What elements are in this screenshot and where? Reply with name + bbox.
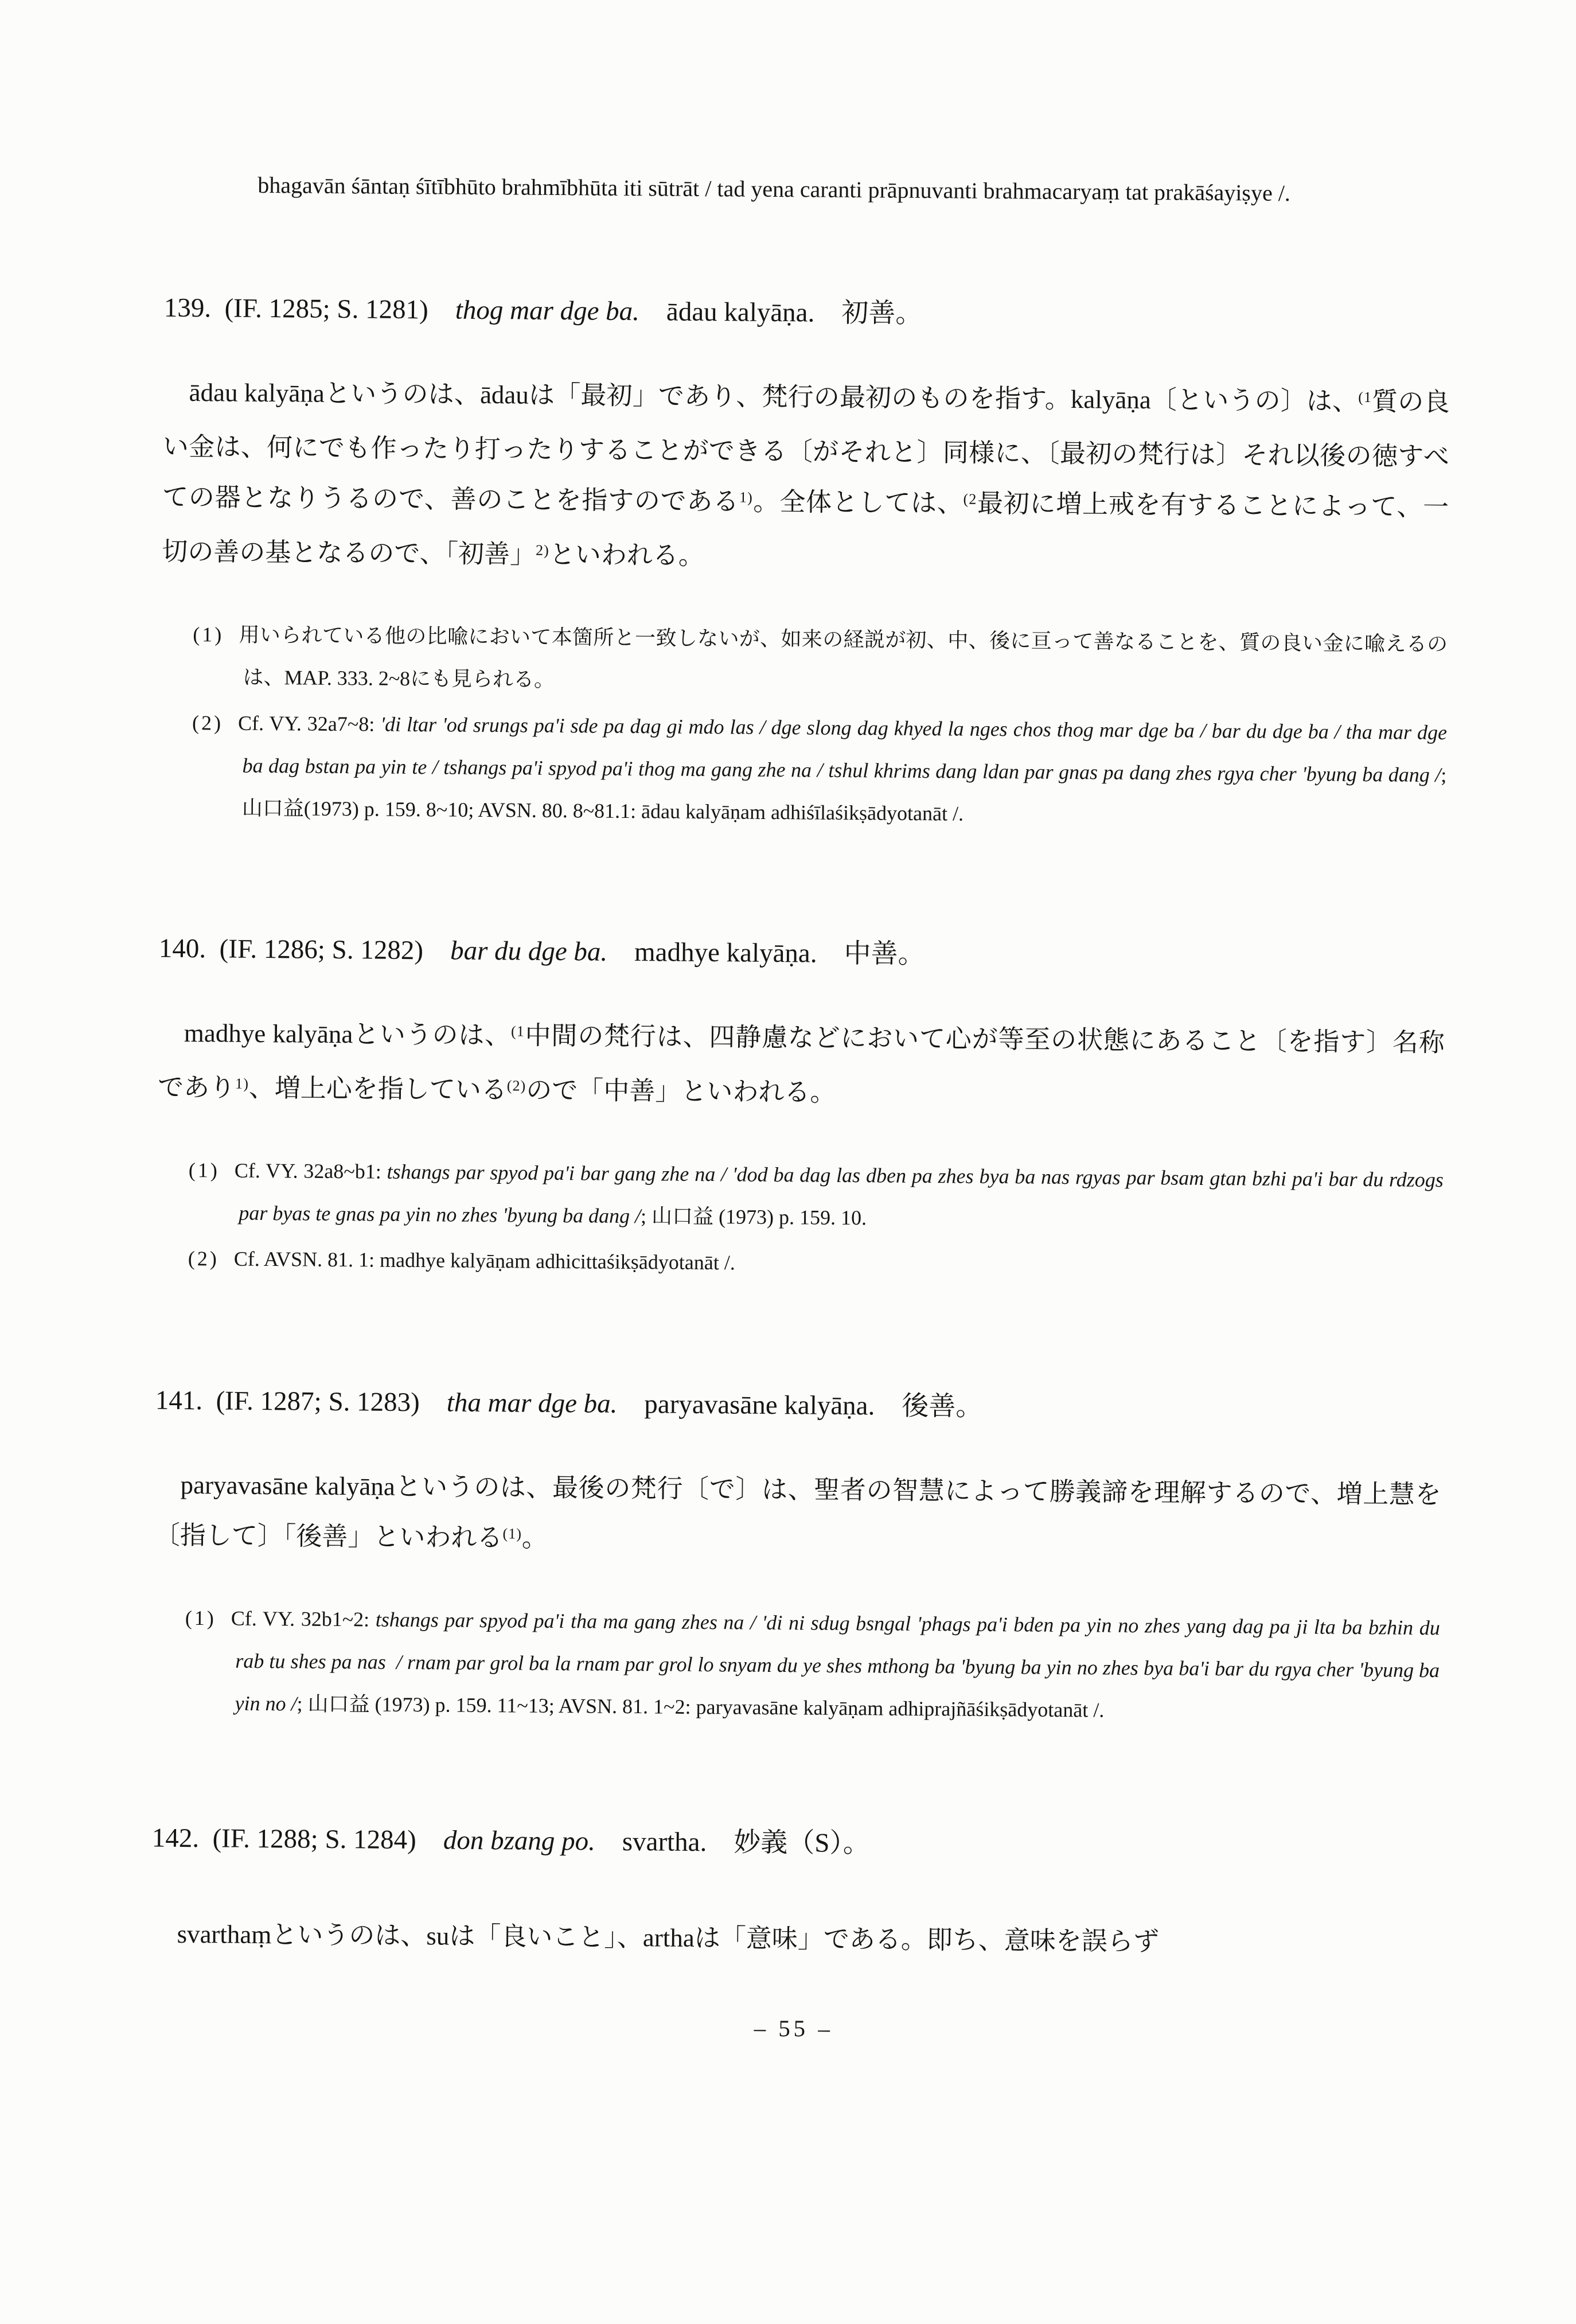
entry-body: paryavasāne kalyāṇaというのは、最後の梵行〔で〕は、聖者の智慧… [154, 1460, 1441, 1575]
entry-body: madhye kalyāṇaというのは、(1中間の梵行は、四静慮などにおいて心が… [158, 1008, 1445, 1127]
footnote: (1)Cf. VY. 32a8~b1: tshangs par spyod pa… [188, 1149, 1444, 1243]
entry-140: 140. (IF. 1286; S. 1282) bar du dge ba. … [156, 931, 1445, 1290]
footnote: (1)Cf. VY. 32b1~2: tshangs par spyod pa'… [184, 1597, 1440, 1734]
footnote-text: Cf. VY. 32b1~2: tshangs par spyod pa'i t… [231, 1607, 1440, 1722]
footnote-text: Cf. AVSN. 81. 1: madhye kalyāṇam adhicit… [234, 1247, 735, 1274]
entry-body: svarthaṃというのは、suは「良いこと」、arthaは「意味」である。即ち… [151, 1909, 1438, 1970]
footnote-label: (1) [189, 1159, 220, 1182]
entry-notes: (1)Cf. VY. 32a8~b1: tshangs par spyod pa… [156, 1149, 1444, 1290]
entry-notes: (1)Cf. VY. 32b1~2: tshangs par spyod pa'… [153, 1597, 1440, 1734]
footnote-text: 用いられている他の比喩において本箇所と一致しないが、如来の経説が初、中、後に亘っ… [239, 623, 1448, 691]
footnote: (2)Cf. AVSN. 81. 1: madhye kalyāṇam adhi… [188, 1237, 1443, 1289]
footnote-label: (2) [192, 711, 223, 734]
entry-notes: (1)用いられている他の比喩において本箇所と一致しないが、如来の経説が初、中、後… [160, 613, 1448, 839]
footnote: (1)用いられている他の比喩において本箇所と一致しないが、如来の経説が初、中、後… [192, 613, 1448, 708]
footnote-label: (1) [193, 623, 224, 646]
page-number: – 55 – [150, 2010, 1437, 2048]
scanned-document-page: bhagavān śāntaṇ śītībhūto brahmībhūta it… [0, 0, 1576, 2324]
entry-139: 139. (IF. 1285; S. 1281) thog mar dge ba… [160, 290, 1450, 839]
entry-heading: 139. (IF. 1285; S. 1281) thog mar dge ba… [164, 290, 1450, 336]
entry-heading: 142. (IF. 1288; S. 1284) don bzang po. s… [152, 1820, 1438, 1866]
entry-body: ādau kalyāṇaというのは、ādauは「最初」であり、梵行の最初のものを… [162, 367, 1450, 591]
entry-heading: 140. (IF. 1286; S. 1282) bar du dge ba. … [159, 931, 1445, 977]
sanskrit-quote: bhagavān śāntaṇ śītībhūto brahmībhūta it… [258, 159, 1348, 220]
page-content: bhagavān śāntaṇ śītībhūto brahmībhūta it… [0, 0, 1576, 2048]
footnote-label: (2) [188, 1247, 219, 1270]
footnote-label: (1) [185, 1606, 216, 1629]
footnote-text: Cf. VY. 32a7~8: 'di ltar 'od srungs pa'i… [238, 712, 1447, 825]
footnote-text: Cf. VY. 32a8~b1: tshangs par spyod pa'i … [235, 1159, 1444, 1230]
entry-141: 141. (IF. 1287; S. 1283) tha mar dge ba.… [153, 1383, 1442, 1734]
footnote: (2)Cf. VY. 32a7~8: 'di ltar 'od srungs p… [192, 701, 1448, 839]
entry-heading: 141. (IF. 1287; S. 1283) tha mar dge ba.… [155, 1383, 1442, 1429]
entry-142: 142. (IF. 1288; S. 1284) don bzang po. s… [151, 1820, 1438, 1970]
